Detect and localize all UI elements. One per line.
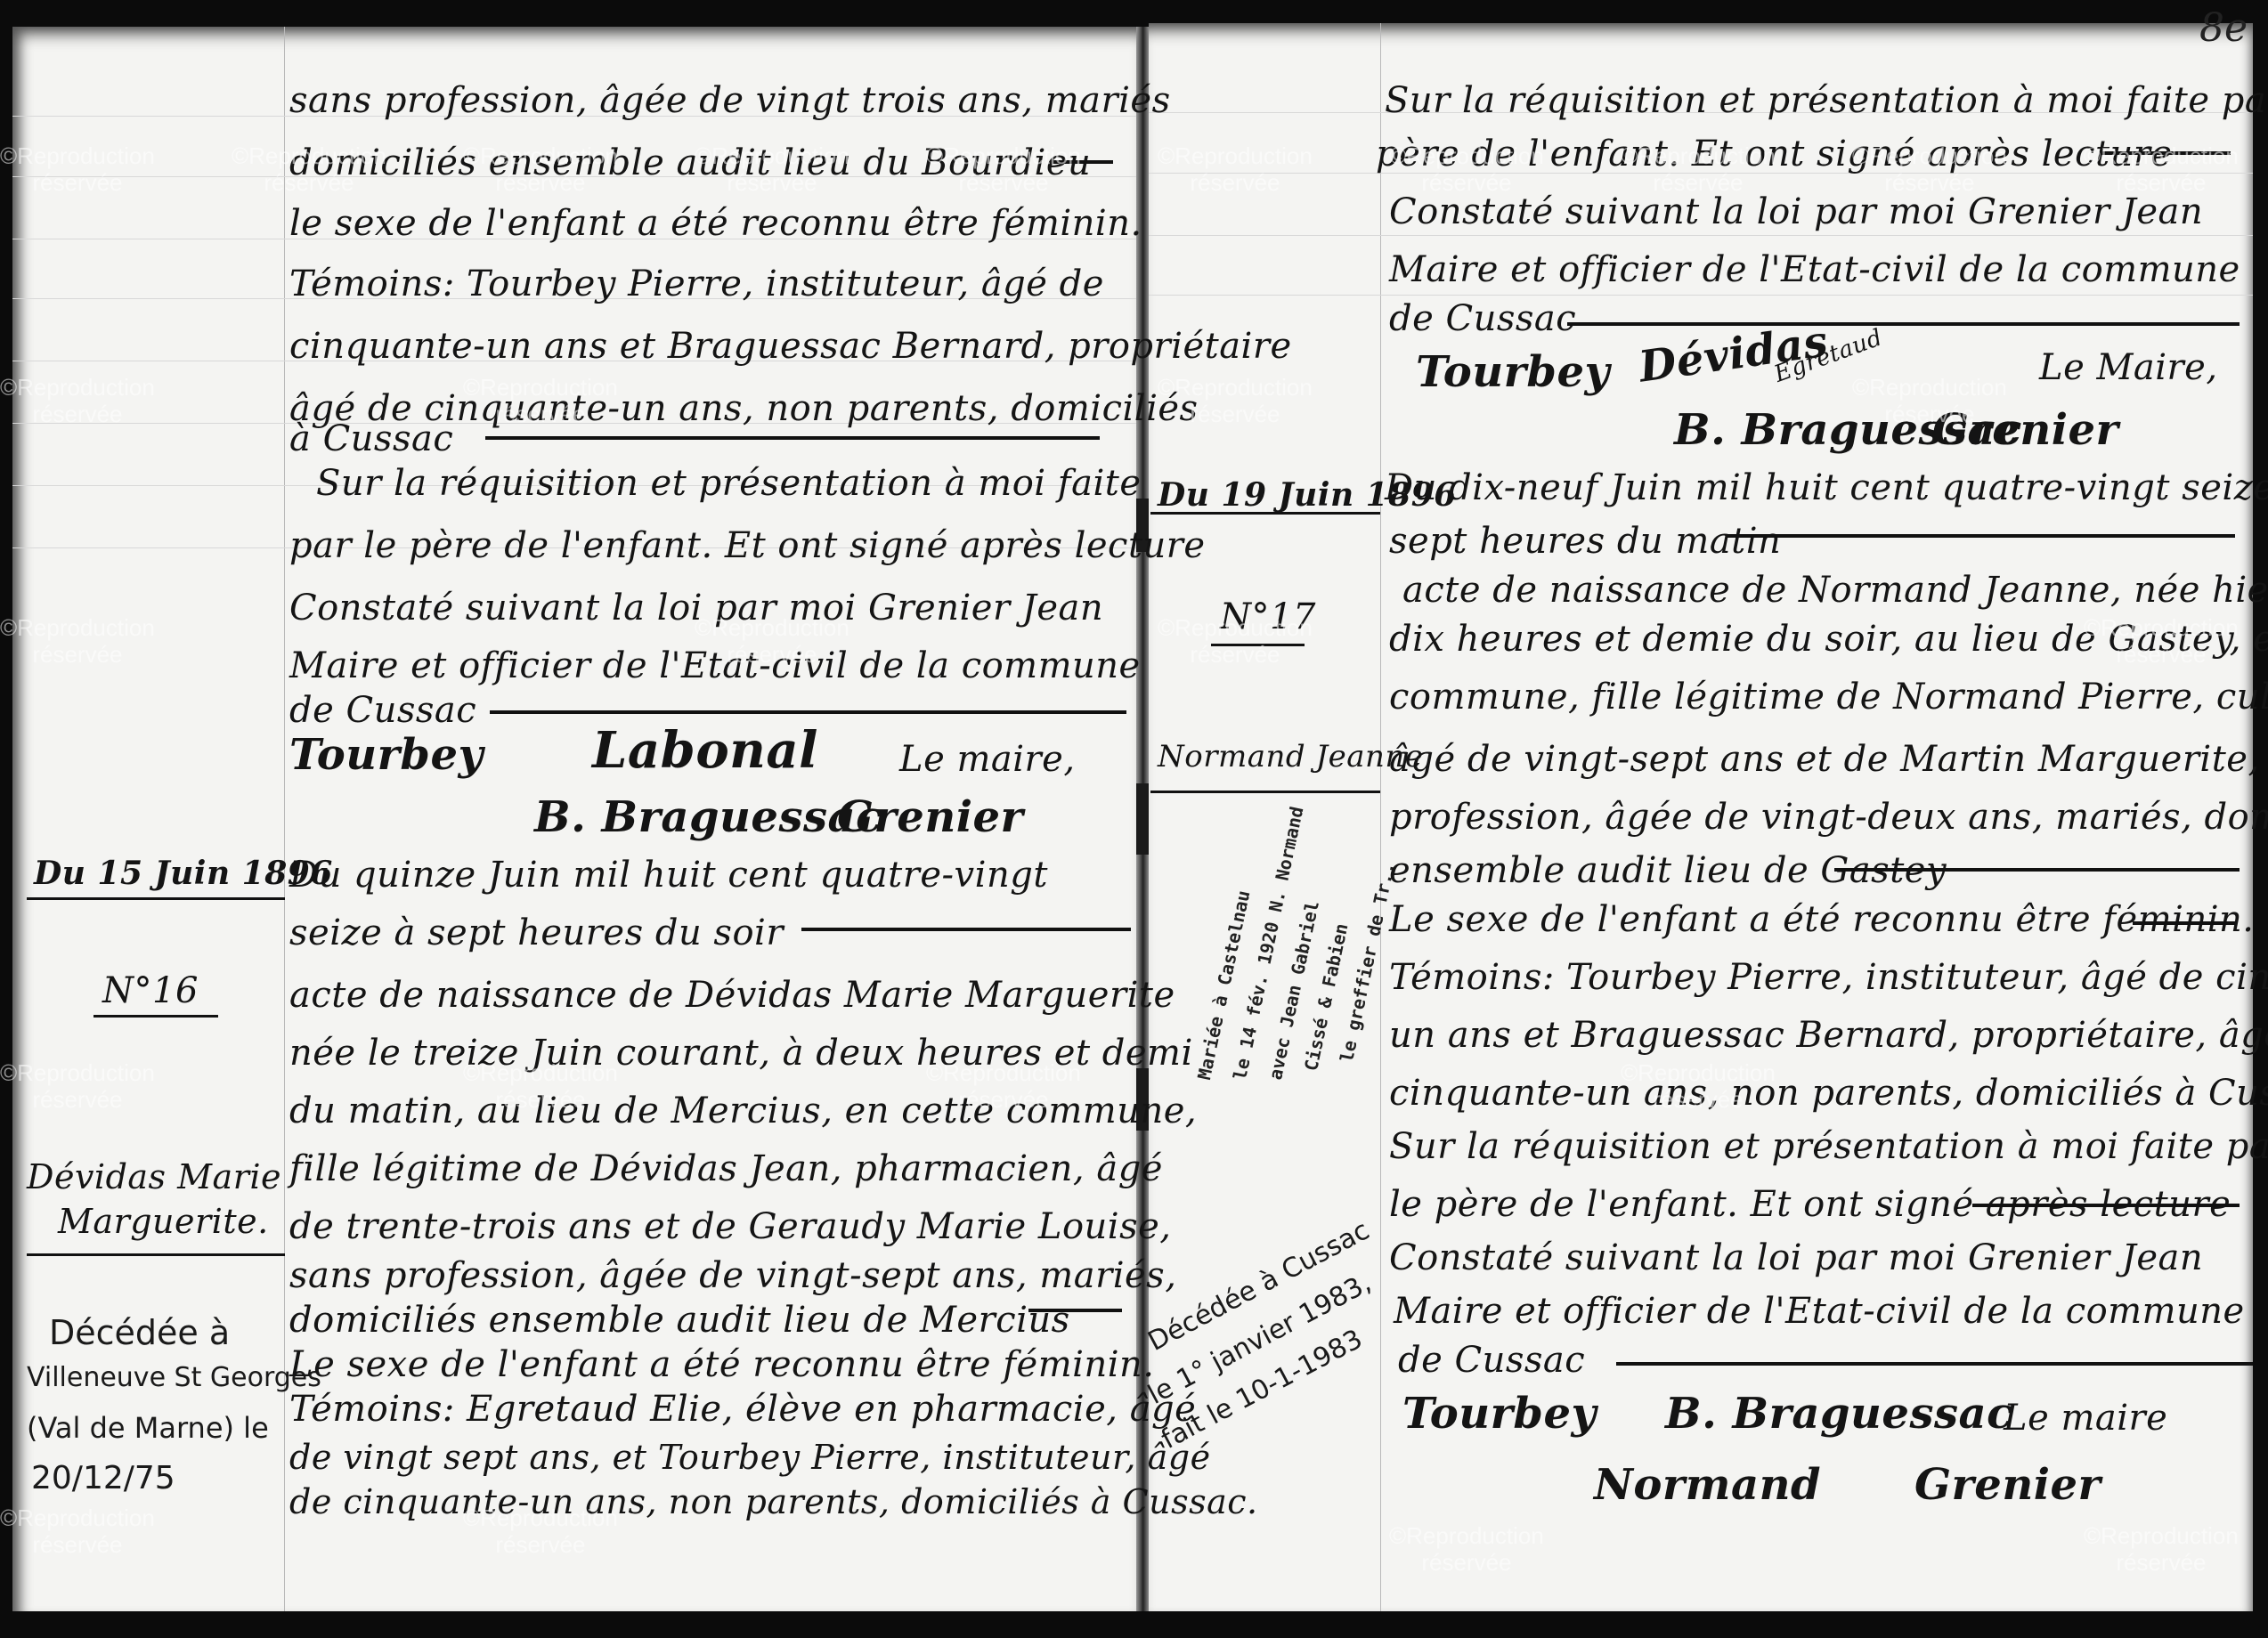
text-line: Témoins: Tourbey Pierre, instituteur, âg… xyxy=(1389,957,2268,998)
text-line: profession, âgée de vingt-deux ans, mari… xyxy=(1389,797,2268,838)
text-line: cinquante-un ans et Braguessac Bernard, … xyxy=(289,326,1292,367)
mayor-label: Le maire xyxy=(2004,1398,2167,1439)
text-line: sans profession, âgée de vingt trois ans… xyxy=(289,80,1171,121)
signature-mayor: Grenier xyxy=(1932,405,2118,455)
death-annotation: (Val de Marne) le xyxy=(27,1411,269,1445)
entry-number: N°16 xyxy=(102,970,199,1011)
text-line: Sur la réquisition et présentation à moi… xyxy=(1389,1126,2268,1167)
text-line: de Cussac xyxy=(289,690,476,731)
text-line: Témoins: Tourbey Pierre, instituteur, âg… xyxy=(289,264,1104,304)
binding-stitch xyxy=(1136,783,1149,855)
signature: B. Braguessac xyxy=(534,792,882,842)
margin-rule xyxy=(1380,23,1381,1611)
text-line: fille légitime de Dévidas Jean, pharmaci… xyxy=(289,1148,1163,1189)
signature-witness: Tourbey xyxy=(1402,1389,1597,1439)
text-line: seize à sept heures du soir xyxy=(289,912,784,953)
text-line: de trente-trois ans et de Geraudy Marie … xyxy=(289,1206,1172,1247)
text-line: un ans et Braguessac Bernard, propriétai… xyxy=(1389,1015,2268,1056)
signature-witness: Tourbey xyxy=(289,730,484,780)
signature-father: Normand xyxy=(1594,1460,1821,1510)
register-scan: 8e sans profession, âgée de vingt trois … xyxy=(0,0,2268,1638)
text-line: acte de naissance de Normand Jeanne, née… xyxy=(1402,570,2268,611)
text-line: âgé de vingt-sept ans et de Martin Margu… xyxy=(1389,739,2268,780)
text-line: du matin, au lieu de Mercius, en cette c… xyxy=(289,1091,1197,1131)
entry-name: Marguerite. xyxy=(58,1202,269,1241)
text-line: Sur la réquisition et présentation à moi… xyxy=(316,463,1142,504)
text-line: de vingt sept ans, et Tourbey Pierre, in… xyxy=(289,1438,1211,1477)
text-line: de cinquante-un ans, non parents, domici… xyxy=(289,1482,1258,1521)
text-line: domiciliés ensemble audit lieu de Merciu… xyxy=(289,1300,1070,1341)
death-annotation: Décédée à xyxy=(49,1313,230,1352)
text-line: Maire et officier de l'Etat-civil de la … xyxy=(1389,249,2240,290)
entry-date: Du 15 Juin 1896 xyxy=(34,855,333,892)
text-line: Sur la réquisition et présentation à moi… xyxy=(1385,80,2268,121)
text-line: acte de naissance de Dévidas Marie Margu… xyxy=(289,975,1175,1016)
text-line: père de l'enfant. Et ont signé après lec… xyxy=(1376,134,2173,174)
text-line: le sexe de l'enfant a été reconnu être f… xyxy=(289,203,1142,244)
signature-witness: Tourbey xyxy=(1416,347,1610,397)
text-line: Du quinze Juin mil huit cent quatre-ving… xyxy=(289,855,1048,896)
text-line: commune, fille légitime de Normand Pierr… xyxy=(1389,677,2268,718)
text-line: de Cussac xyxy=(1389,298,1576,339)
text-line: Constaté suivant la loi par moi Grenier … xyxy=(1389,1237,2203,1278)
death-annotation: 20/12/75 xyxy=(31,1460,175,1496)
entry-name: Normand Jeanne xyxy=(1158,739,1423,774)
text-line: Constaté suivant la loi par moi Grenier … xyxy=(1389,191,2203,232)
entry-name: Dévidas Marie xyxy=(27,1157,281,1196)
text-line: Le sexe de l'enfant a été reconnu être f… xyxy=(289,1344,1154,1385)
text-line: née le treize Juin courant, à deux heure… xyxy=(289,1033,1193,1074)
text-line: Constaté suivant la loi par moi Grenier … xyxy=(289,588,1103,628)
text-line: cinquante-un ans, non parents, domicilié… xyxy=(1389,1073,2268,1114)
signature: Labonal xyxy=(592,721,818,780)
signature-mayor: Grenier xyxy=(1914,1460,2101,1510)
text-line: Le sexe de l'enfant a été reconnu être f… xyxy=(1389,899,2254,940)
entry-number: N°17 xyxy=(1220,596,1316,637)
text-line: Du dix-neuf Juin mil huit cent quatre-vi… xyxy=(1385,467,2268,508)
text-line: par le père de l'enfant. Et ont signé ap… xyxy=(289,525,1206,566)
mayor-label: Le Maire, xyxy=(2039,347,2218,388)
text-line: sept heures du matin xyxy=(1389,521,1781,562)
death-annotation: Villeneuve St Georges xyxy=(27,1362,321,1393)
text-line: dix heures et demie du soir, au lieu de … xyxy=(1389,619,2268,660)
text-line: Maire et officier de l'Etat-civil de la … xyxy=(289,645,1141,686)
text-line: Maire et officier de l'Etat-civil de la … xyxy=(1394,1291,2245,1332)
text-line: sans profession, âgée de vingt-sept ans,… xyxy=(289,1255,1176,1296)
signature: B. Braguessac xyxy=(1665,1389,2013,1439)
text-line: Témoins: Egretaud Elie, élève en pharmac… xyxy=(289,1389,1196,1430)
text-line: de Cussac xyxy=(1398,1340,1585,1381)
text-line: à Cussac xyxy=(289,418,453,459)
folio-number: 8e xyxy=(2199,5,2248,51)
mayor-label: Le maire, xyxy=(899,739,1076,780)
text-line: domiciliés ensemble audit lieu du Bourdi… xyxy=(289,142,1091,183)
signature-mayor: Grenier xyxy=(837,792,1023,842)
